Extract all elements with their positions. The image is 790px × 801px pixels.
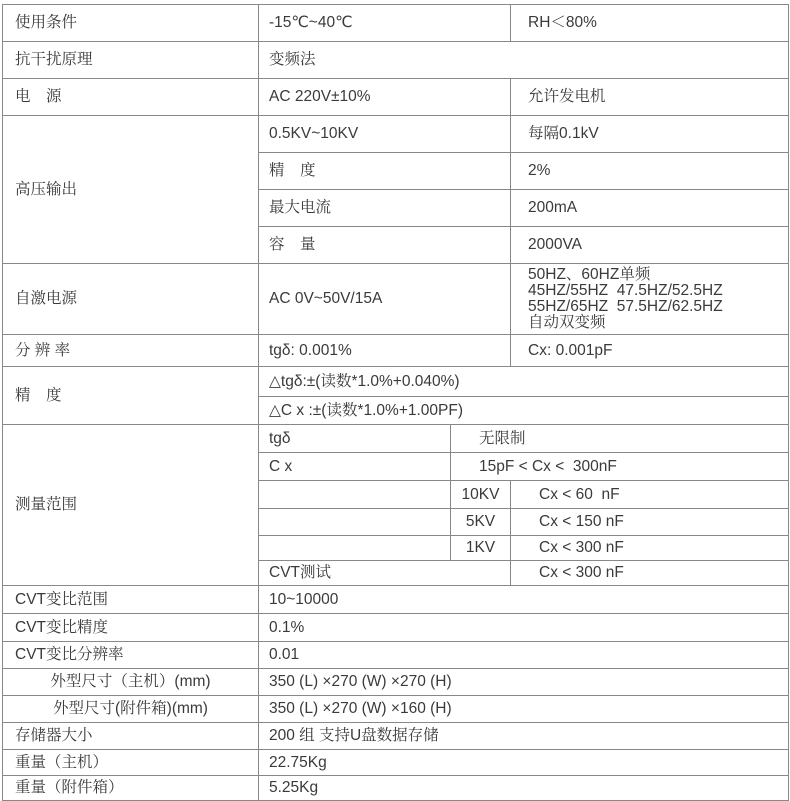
value-range-cx: 15pF < Cx < 300nF bbox=[451, 453, 789, 481]
value-accuracy-cx: △C x :±(读数*1.0%+1.00PF) bbox=[259, 397, 789, 425]
label-storage-size: 存储器大小 bbox=[3, 723, 259, 750]
value-accuracy-tgd: △tgδ:±(读数*1.0%+0.040%) bbox=[259, 367, 789, 397]
label-cvt-ratio-range: CVT变比范围 bbox=[3, 586, 259, 614]
row-storage-size: 存储器大小 200 组 支持U盘数据存储 bbox=[3, 723, 789, 750]
label-hv-capacity: 容 量 bbox=[259, 227, 511, 264]
label-range-1kv: 1KV bbox=[451, 536, 511, 561]
value-resolution-tgd: tgδ: 0.001% bbox=[259, 335, 511, 367]
value-hv-step: 每隔0.1kV bbox=[511, 116, 789, 153]
value-storage-size: 200 组 支持U盘数据存储 bbox=[259, 723, 789, 750]
row-usage-conditions: 使用条件 -15℃~40℃ RH＜80% bbox=[3, 5, 789, 42]
value-power-supply: AC 220V±10% bbox=[259, 79, 511, 116]
label-hv-max-current: 最大电流 bbox=[259, 190, 511, 227]
row-resolution: 分 辨 率 tgδ: 0.001% Cx: 0.001pF bbox=[3, 335, 789, 367]
value-range-5kv: Cx < 150 nF bbox=[511, 509, 789, 536]
value-resolution-cx: Cx: 0.001pF bbox=[511, 335, 789, 367]
row-weight-accessory: 重量（附件箱） 5.25Kg bbox=[3, 776, 789, 801]
label-dimensions-accessory: 外型尺寸(附件箱)(mm) bbox=[3, 696, 259, 723]
value-hv-capacity: 2000VA bbox=[511, 227, 789, 264]
label-usage-conditions: 使用条件 bbox=[3, 5, 259, 42]
row-excitation-power: 自激电源 AC 0V~50V/15A 50HZ、60HZ单频 45HZ/55HZ… bbox=[3, 264, 789, 335]
label-range-tgd: tgδ bbox=[259, 425, 451, 453]
label-cvt-ratio-accuracy: CVT变比精度 bbox=[3, 614, 259, 642]
label-range-cx: C x bbox=[259, 453, 451, 481]
value-cvt-ratio-resolution: 0.01 bbox=[259, 642, 789, 669]
label-cvt-ratio-resolution: CVT变比分辨率 bbox=[3, 642, 259, 669]
cell-empty bbox=[259, 509, 451, 536]
value-cvt-ratio-accuracy: 0.1% bbox=[259, 614, 789, 642]
label-power-supply: 电 源 bbox=[3, 79, 259, 116]
value-dimensions-accessory: 350 (L) ×270 (W) ×160 (H) bbox=[259, 696, 789, 723]
row-range-tgd: 测量范围 tgδ 无限制 bbox=[3, 425, 789, 453]
value-range-tgd: 无限制 bbox=[451, 425, 789, 453]
row-cvt-ratio-range: CVT变比范围 10~10000 bbox=[3, 586, 789, 614]
value-cvt-ratio-range: 10~10000 bbox=[259, 586, 789, 614]
page: 使用条件 -15℃~40℃ RH＜80% 抗干扰原理 变频法 电 源 AC 22… bbox=[0, 0, 790, 801]
label-dimensions-main: 外型尺寸（主机）(mm) bbox=[3, 669, 259, 696]
label-anti-interference: 抗干扰原理 bbox=[3, 42, 259, 79]
value-range-cvt: Cx < 300 nF bbox=[511, 561, 789, 586]
value-weight-main: 22.75Kg bbox=[259, 750, 789, 776]
value-hv-range: 0.5KV~10KV bbox=[259, 116, 511, 153]
value-hv-max-current: 200mA bbox=[511, 190, 789, 227]
label-resolution: 分 辨 率 bbox=[3, 335, 259, 367]
value-dimensions-main: 350 (L) ×270 (W) ×270 (H) bbox=[259, 669, 789, 696]
value-range-10kv: Cx < 60 nF bbox=[511, 481, 789, 509]
row-dimensions-accessory: 外型尺寸(附件箱)(mm) 350 (L) ×270 (W) ×160 (H) bbox=[3, 696, 789, 723]
row-dimensions-main: 外型尺寸（主机）(mm) 350 (L) ×270 (W) ×270 (H) bbox=[3, 669, 789, 696]
label-excitation-power: 自激电源 bbox=[3, 264, 259, 335]
label-accuracy: 精 度 bbox=[3, 367, 259, 425]
label-hv-output: 高压输出 bbox=[3, 116, 259, 264]
value-hv-accuracy: 2% bbox=[511, 153, 789, 190]
row-accuracy-tgd: 精 度 △tgδ:±(读数*1.0%+0.040%) bbox=[3, 367, 789, 397]
row-anti-interference: 抗干扰原理 变频法 bbox=[3, 42, 789, 79]
spec-table: 使用条件 -15℃~40℃ RH＜80% 抗干扰原理 变频法 电 源 AC 22… bbox=[2, 4, 789, 801]
row-power-supply: 电 源 AC 220V±10% 允许发电机 bbox=[3, 79, 789, 116]
value-humidity: RH＜80% bbox=[511, 5, 789, 42]
value-weight-accessory: 5.25Kg bbox=[259, 776, 789, 801]
label-range-5kv: 5KV bbox=[451, 509, 511, 536]
label-range-10kv: 10KV bbox=[451, 481, 511, 509]
value-anti-interference: 变频法 bbox=[259, 42, 789, 79]
row-hv-output-range: 高压输出 0.5KV~10KV 每隔0.1kV bbox=[3, 116, 789, 153]
label-weight-main: 重量（主机） bbox=[3, 750, 259, 776]
value-range-1kv: Cx < 300 nF bbox=[511, 536, 789, 561]
value-generator-note: 允许发电机 bbox=[511, 79, 789, 116]
row-cvt-ratio-accuracy: CVT变比精度 0.1% bbox=[3, 614, 789, 642]
label-measure-range: 测量范围 bbox=[3, 425, 259, 586]
value-excitation-power: AC 0V~50V/15A bbox=[259, 264, 511, 335]
row-cvt-ratio-resolution: CVT变比分辨率 0.01 bbox=[3, 642, 789, 669]
value-temperature-range: -15℃~40℃ bbox=[259, 5, 511, 42]
label-weight-accessory: 重量（附件箱） bbox=[3, 776, 259, 801]
cell-empty bbox=[259, 536, 451, 561]
label-range-cvt: CVT测试 bbox=[259, 561, 511, 586]
row-weight-main: 重量（主机） 22.75Kg bbox=[3, 750, 789, 776]
value-excitation-frequencies: 50HZ、60HZ单频 45HZ/55HZ 47.5HZ/52.5HZ 55HZ… bbox=[511, 264, 789, 335]
cell-empty bbox=[259, 481, 451, 509]
label-hv-accuracy: 精 度 bbox=[259, 153, 511, 190]
